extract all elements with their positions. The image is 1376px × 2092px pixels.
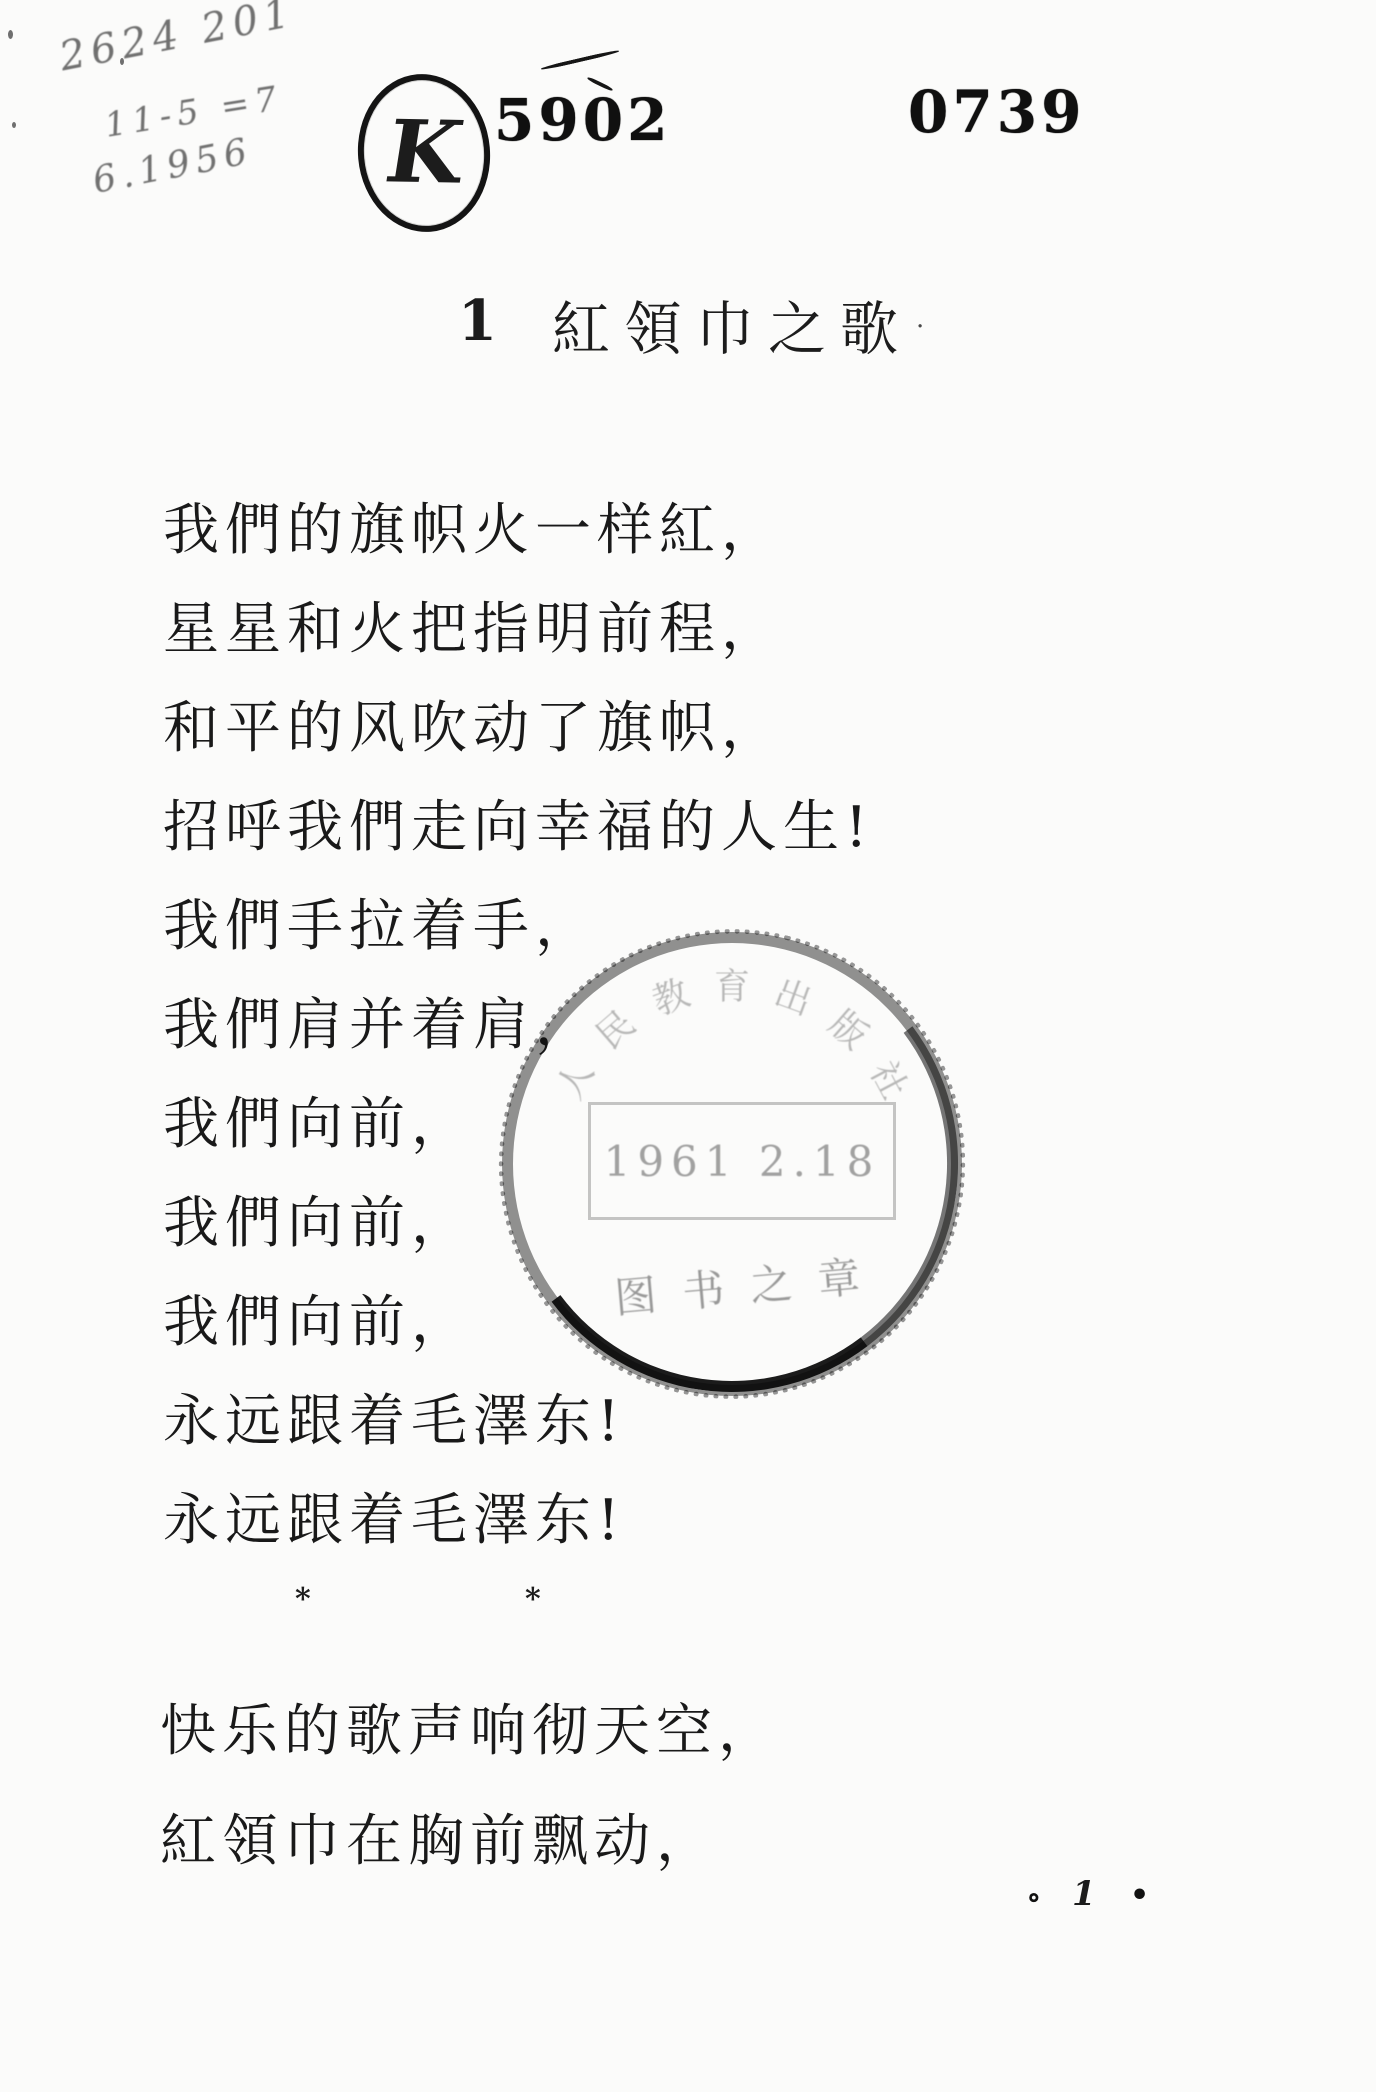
ink-speck [120, 58, 124, 65]
ink-speck [12, 122, 16, 128]
page-title: 紅領巾之歌 [552, 282, 912, 366]
title-dot: · [916, 312, 924, 342]
stamp-date-box: 1961 2.18 [588, 1102, 896, 1220]
poem-line: 我們的旗帜火一样紅， [163, 476, 874, 575]
handwriting-line-2: 11-5 =7 [102, 78, 285, 146]
page-number-dot: • [1130, 1878, 1149, 1913]
catalog-number-left: 5902 [494, 86, 671, 154]
stanza-separator: * * [163, 1582, 623, 1622]
page-number-ring: ∘ [1026, 1880, 1042, 1915]
separator-asterisk: * [295, 1582, 311, 1617]
poem-line: 招呼我們走向幸福的人生! [163, 773, 874, 872]
song-number: 1 [458, 288, 497, 354]
poem-line: 星星和火把指明前程， [163, 575, 874, 674]
stamp-date: 1961 2.18 [604, 1137, 881, 1186]
k-stamp-letter: K [380, 109, 468, 196]
poem-line: 永远跟着毛澤东! [163, 1466, 874, 1565]
pen-stroke [541, 49, 620, 71]
poem-stanza-2: 快乐的歌声响彻天空， 紅領巾在胸前飘动， [160, 1672, 780, 1892]
handwriting-line-1: 2624 201 [56, 0, 299, 80]
ink-speck [8, 30, 13, 39]
page-number: 1 [1072, 1874, 1096, 1914]
separator-asterisk: * [525, 1582, 541, 1617]
poem-line: 和平的风吹动了旗帜， [163, 674, 874, 773]
stamp-arc-char: 育 [714, 959, 750, 1010]
catalog-number-right: 0739 [908, 78, 1085, 146]
library-round-stamp: 人 民 教 育 出 版 社 1961 2.18 图书之章 [502, 932, 962, 1396]
poem-line: 紅領巾在胸前飘动， [160, 1782, 780, 1892]
circled-k-stamp: K [351, 69, 496, 238]
poem-line: 快乐的歌声响彻天空， [160, 1672, 780, 1782]
